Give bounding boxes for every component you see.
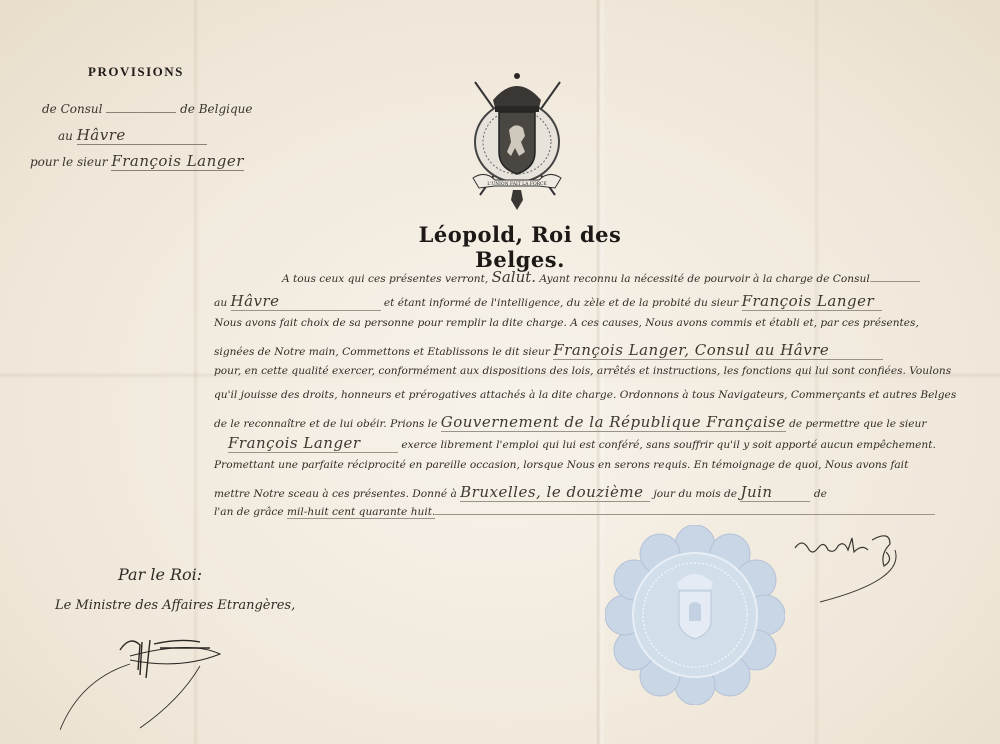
par-le-roi: Par le Roi:	[118, 565, 202, 584]
provisions-title: PROVISIONS	[88, 64, 184, 80]
king-signature-icon	[790, 530, 920, 610]
svg-text:L'UNION FAIT LA FORCE: L'UNION FAIT LA FORCE	[487, 181, 547, 187]
body-line-11: l'an de grâce mil-huit cent quarante hui…	[214, 506, 935, 518]
minister-signature-icon	[60, 630, 260, 730]
provisions-place: Hâvre	[77, 126, 207, 145]
body-line-10: mettre Notre sceau à ces présentes. Donn…	[214, 483, 827, 502]
body-line-4: signées de Notre main, Commettons et Eta…	[214, 341, 883, 360]
body-line-5: pour, en cette qualité exercer, conformé…	[214, 365, 951, 377]
provisions-line-name: pour le sieur François Langer	[30, 152, 244, 171]
body-line-1: A tous ceux qui ces présentes verront, S…	[282, 268, 920, 286]
provisions-name: François Langer	[111, 152, 244, 171]
provisions-line-consul: de Consul de Belgique	[42, 102, 253, 116]
provisions-country: de Belgique	[180, 102, 252, 116]
provisions-line-place: au Hâvre	[58, 126, 207, 145]
provisions-name-prefix: pour le sieur	[30, 155, 108, 169]
body-line-9: Promettant une parfaite réciprocité en p…	[214, 459, 908, 471]
blank-line	[106, 112, 176, 113]
document-heading: Léopold, Roi des Belges.	[380, 222, 660, 272]
body-line-3: Nous avons fait choix de sa personne pou…	[214, 317, 919, 329]
salut-word: Salut.	[492, 268, 536, 286]
coat-of-arms-icon: L'UNION FAIT LA FORCE	[455, 70, 580, 215]
minister-title: Le Ministre des Affaires Etrangères,	[55, 598, 295, 613]
provisions-place-prefix: au	[58, 129, 73, 143]
body-line-8: François Langer exerce librement l'emplo…	[228, 434, 936, 453]
body-line-7: de le reconnaître et de lui obéir. Prion…	[214, 413, 926, 431]
body-line-6: qu'il jouisse des droits, honneurs et pr…	[214, 389, 956, 401]
embossed-seal-icon	[605, 525, 785, 705]
provisions-consul-label: de Consul	[42, 102, 102, 116]
body-line-2: au Hâvre et étant informé de l'intellige…	[214, 292, 882, 311]
